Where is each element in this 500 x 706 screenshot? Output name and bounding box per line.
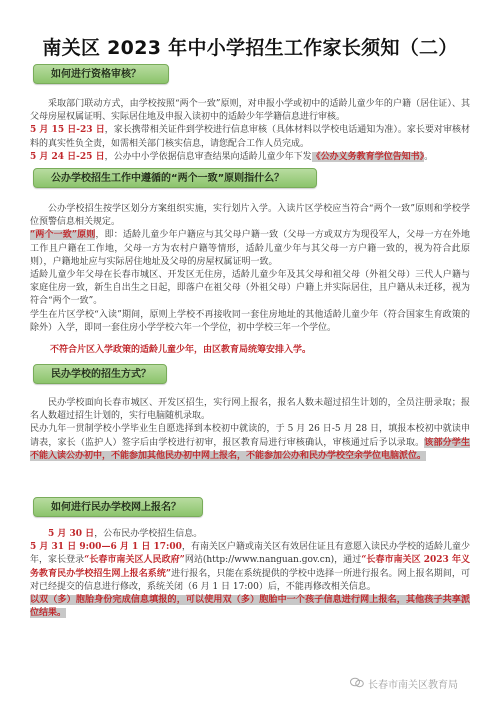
paragraph: 学生在片区学校“入读”期间，原则上学校不再接收同一套住房地址的其他适龄儿童少年（… [30, 310, 470, 333]
paragraph: ，公办中小学依据信息审查结果向适龄儿童少年下发 [105, 152, 312, 162]
wechat-icon [350, 677, 364, 691]
section-1-body: 采取部门联动方式，由学校按照“两个一致”原则，对申报小学或初中的适龄儿童少年的户… [30, 98, 470, 164]
section-heading-two-consistency: 公办学校招生工作中遵循的“两个一致”原则指什么？ [33, 168, 317, 188]
paragraph: 网站(http://www.nanguan.gov.cn)，通过 [185, 555, 361, 565]
paragraph: 采取部门联动方式，由学校按照“两个一致”原则，对申报小学或初中的适龄儿童少年的户… [30, 99, 470, 122]
paragraph: 民办九年一贯制学校小学毕业生自愿选择到本校初中就读的，于 5 月 26 日-5 … [30, 424, 470, 447]
section-4-body: 5 月 30 日，公布民办学校招生信息。 5 月 31 日 9:00—6 月 1… [30, 528, 470, 620]
date-text: 5 月 24 日-25 日 [30, 152, 105, 162]
punctuation: 。 [424, 152, 433, 162]
section-2-note: 不符合片区入学政策的适龄儿童少年，由区教育局统筹安排入学。 [50, 344, 470, 357]
date-text: 5 月 31 日 9:00—6 月 1 日 17:00 [30, 542, 182, 552]
date-text: 5 月 30 日 [48, 529, 94, 539]
site-name: “长春市南关区人民政府” [84, 555, 185, 565]
paragraph: 适龄儿童少年父母在长春市城区、开发区无住房，适龄儿童少年及其父母和祖父母（外祖父… [30, 270, 470, 306]
section-2-body: 公办学校招生按学区划分方案组织实施，实行划片入学。入读片区学校应当符合“两个一致… [30, 203, 470, 335]
highlight-text: “两个一致”原则 [30, 230, 95, 240]
date-text: 5 月 15 日-23 日 [30, 125, 105, 135]
page-title: 南关区 2023 年中小学招生工作家长须知（二） [0, 33, 500, 60]
paragraph: 民办学校面向长春市城区、开发区招生，实行网上报名，报名人数未超过招生计划的，全员… [30, 398, 470, 421]
section-heading-private-admission: 民办学校的招生方式？ [33, 364, 167, 384]
section-heading-qualification-review: 如何进行资格审核？ [33, 64, 169, 84]
paragraph: ，公布民办学校招生信息。 [94, 529, 202, 539]
paragraph: 公办学校招生按学区划分方案组织实施，实行划片入学。入读片区学校应当符合“两个一致… [30, 204, 470, 227]
source-watermark: 长春市南关区教育局 [350, 676, 458, 691]
highlight-text: 以双（多）胞胎身份完成信息填报的，可以使用双（多）胞胎中一个孩子信息进行网上报名… [30, 595, 470, 618]
paragraph: ，即：适龄儿童少年户籍应与其父母户籍一致（父母一方或双方为现役军人，父母一方在外… [30, 230, 470, 266]
section-3-body: 民办学校面向长春市城区、开发区招生，实行网上报名，报名人数未超过招生计划的，全员… [30, 397, 470, 463]
section-heading-online-registration: 如何进行民办学校网上报名？ [33, 497, 203, 517]
highlight-text: 《公办义务教育学位告知书》 [312, 152, 425, 162]
source-name: 长春市南关区教育局 [368, 680, 458, 691]
